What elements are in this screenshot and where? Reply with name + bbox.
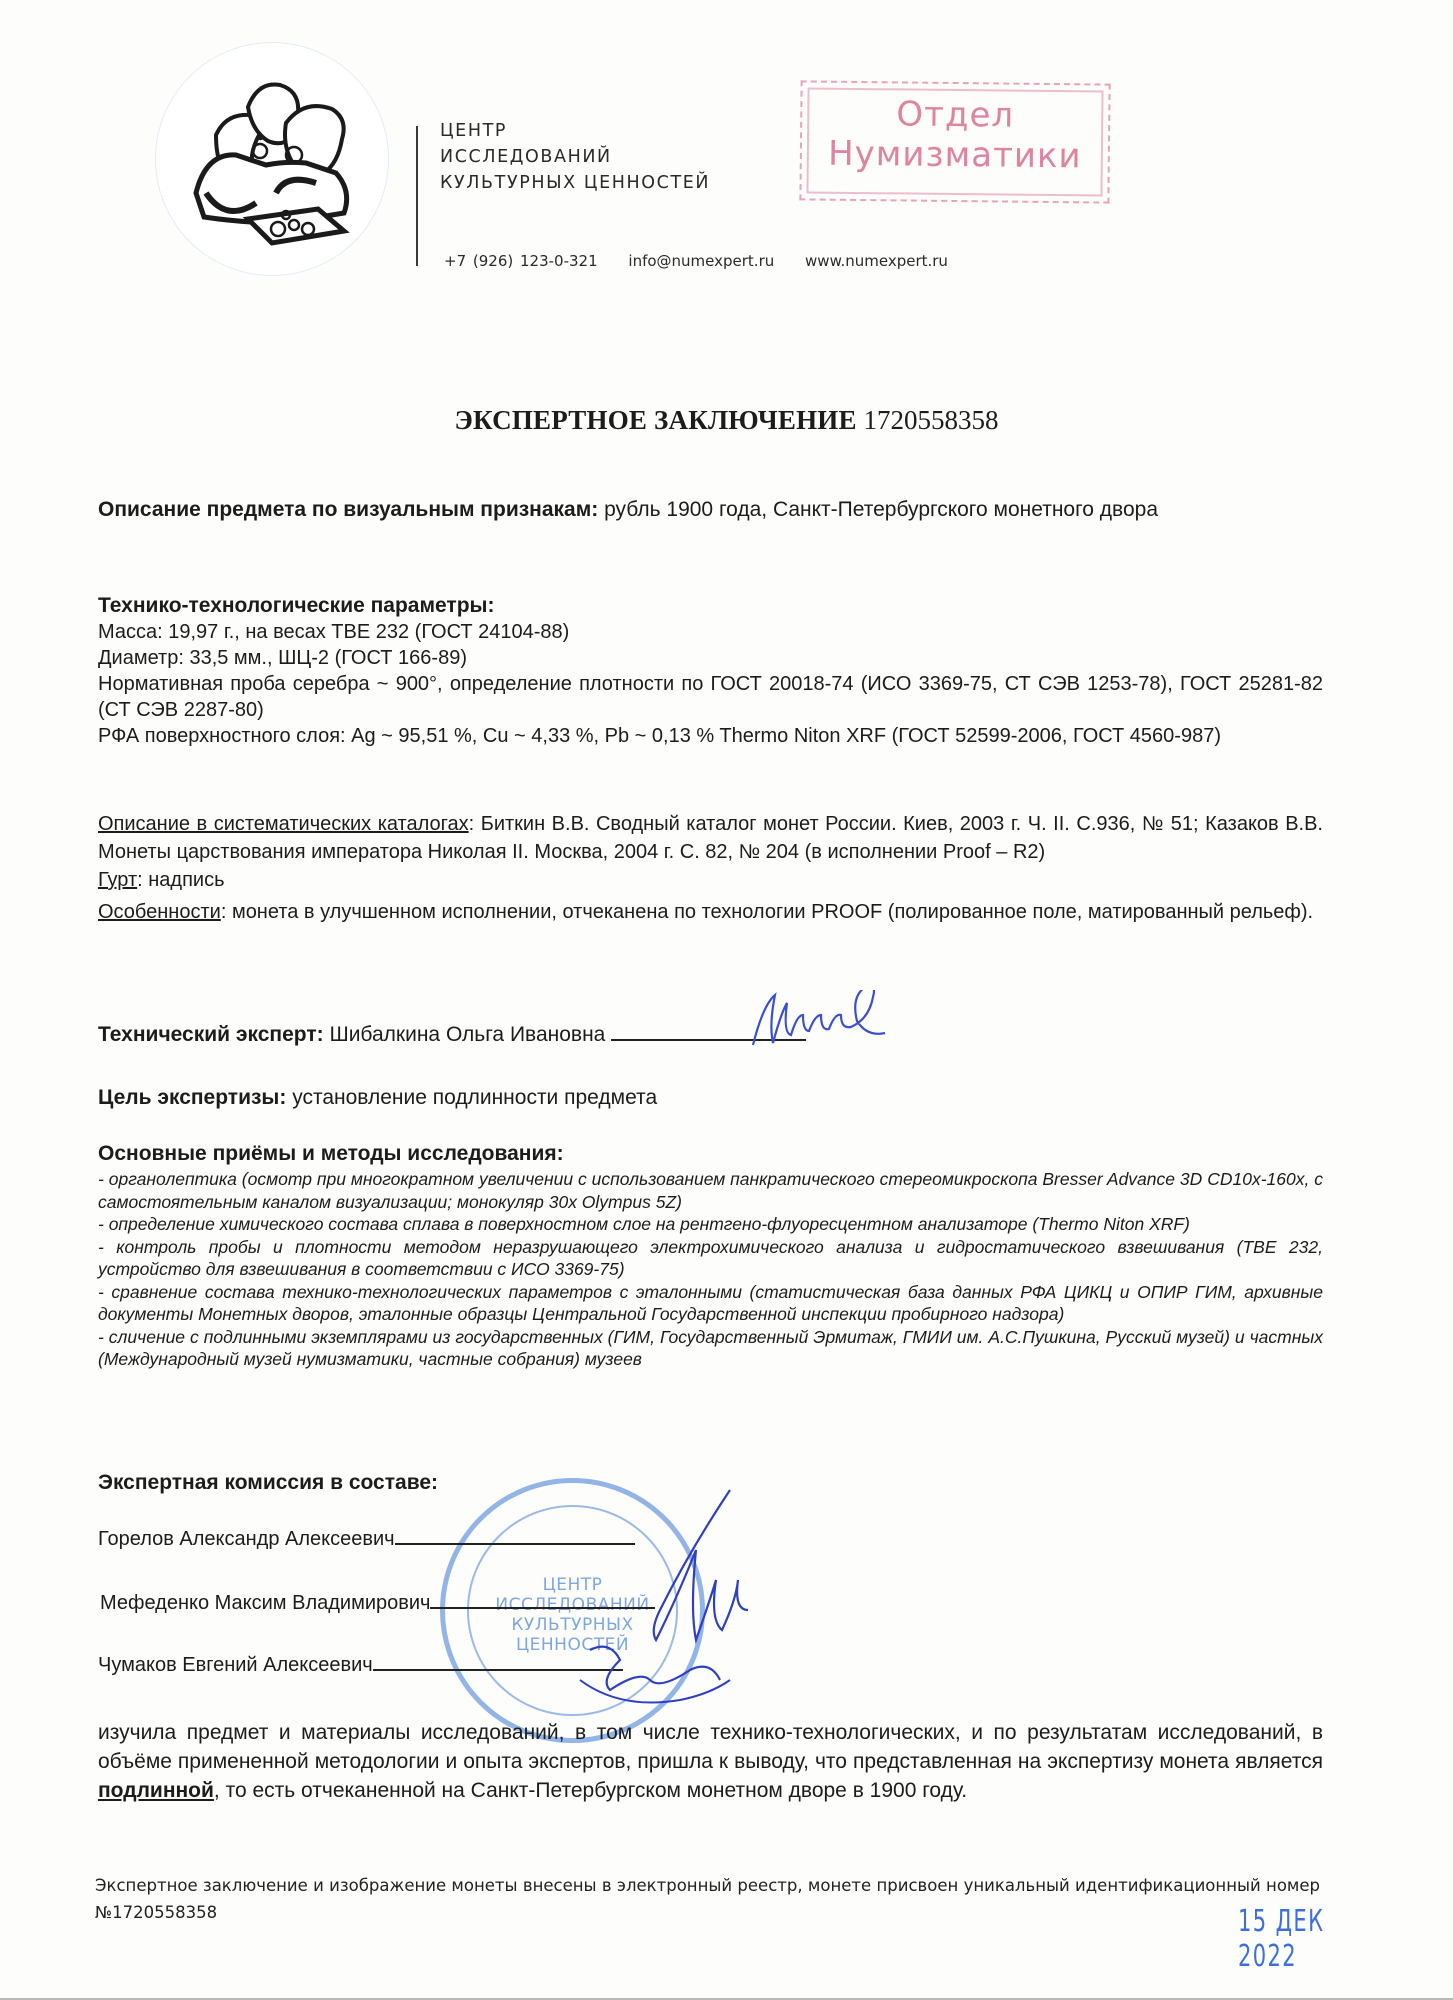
stamp-line: Отдел [809,93,1101,136]
catalogs-label: Описание в систематических каталогах [98,813,469,835]
registry-note-text: Экспертное заключение и изображение моне… [95,1876,1320,1922]
org-line: КУЛЬТУРНЫХ ЦЕННОСТЕЙ [440,170,710,196]
numismatists-logo-icon [156,43,388,275]
commission-heading-text: Экспертная комиссия в составе: [98,1471,438,1494]
logo [155,42,389,276]
member-name: Чумаков Евгений Алексеевич [98,1654,373,1676]
commission-member: Горелов Александр Алексеевич [98,1528,635,1551]
commission-signatures-icon [560,1480,760,1720]
website-link[interactable]: www.numexpert.ru [805,252,948,270]
contacts: +7 (926) 123-0-321 info@numexpert.ru www… [444,252,972,270]
org-line: ЦЕНТР [440,118,710,144]
catalog-section: Описание в систематических каталогах: Би… [98,810,1323,926]
edge-value: надпись [148,869,224,891]
features-label: Особенности [98,901,221,923]
document-title: ЭКСПЕРТНОЕ ЗАКЛЮЧЕНИЕ 1720558358 [0,405,1453,436]
methods-section: Основные приёмы и методы исследования: -… [98,1140,1323,1371]
registry-note: Экспертное заключение и изображение моне… [95,1872,1320,1926]
member-name: Мефеденко Максим Владимирович [100,1592,430,1614]
org-line: ИССЛЕДОВАНИЙ [440,144,710,170]
purpose-row: Цель экспертизы: установление подлинност… [98,1085,1323,1111]
description-label: Описание предмета по визуальным признака… [98,498,598,521]
methods-list: - органолептика (осмотр при многократном… [98,1168,1323,1371]
method-item: - органолептика (осмотр при многократном… [98,1168,1323,1213]
technical-expert-row: Технический эксперт: Шибалкина Ольга Ива… [98,1022,1323,1048]
catalogs-row: Описание в систематических каталогах: Би… [98,810,1323,866]
title-number: 1720558358 [863,405,998,435]
stamp-line: Нумизматики [809,133,1101,176]
tech-param-line: Диаметр: 33,5 мм., ШЦ-2 (ГОСТ 166-89) [98,645,1323,671]
date-stamp: 15 ДЕК 2022 [1238,1904,1389,1974]
tech-param-line: РФА поверхностного слоя: Ag ~ 95,51 %, C… [98,723,1323,749]
method-item: - определение химического состава сплава… [98,1213,1323,1236]
method-item: - контроль пробы и плотности методом нер… [98,1236,1323,1281]
tech-param-line: Масса: 19,97 г., на весах ТВЕ 232 (ГОСТ … [98,619,1323,645]
conclusion-text: изучила предмет и материалы исследований… [98,1718,1323,1805]
tech-params-heading: Технико-технологические параметры: [98,592,1323,619]
commission-member: Чумаков Евгений Алексеевич [98,1654,623,1677]
purpose-label: Цель экспертизы: [98,1086,286,1109]
authentic-emphasis: подлинной [98,1779,214,1802]
methods-heading: Основные приёмы и методы исследования: [98,1140,1323,1168]
department-stamp: Отдел Нумизматики [799,80,1110,203]
phone: +7 (926) 123-0-321 [444,252,598,270]
conclusion-part: изучила предмет и материалы исследований… [98,1721,1323,1773]
features-row: Особенности: монета в улучшенном исполне… [98,898,1323,926]
technical-expert-signature-icon [735,990,945,1060]
technical-expert-name: Шибалкина Ольга Ивановна [329,1023,605,1046]
tech-param-line: Нормативная проба серебра ~ 900°, опреде… [98,671,1323,723]
member-name: Горелов Александр Алексеевич [98,1528,395,1550]
edge-row: Гурт: надпись [98,866,1323,894]
title-label: ЭКСПЕРТНОЕ ЗАКЛЮЧЕНИЕ [455,405,857,435]
description-section: Описание предмета по визуальным признака… [98,495,1323,524]
organization-name: ЦЕНТР ИССЛЕДОВАНИЙ КУЛЬТУРНЫХ ЦЕННОСТЕЙ [440,118,710,196]
edge-label: Гурт [98,869,137,891]
description-value: рубль 1900 года, Санкт-Петербургского мо… [604,498,1158,521]
method-item: - сравнение состава технико-технологичес… [98,1281,1323,1326]
technical-expert-label: Технический эксперт: [98,1023,324,1046]
header-divider [416,126,418,266]
method-item: - сличение с подлинными экземплярами из … [98,1326,1323,1371]
email-link[interactable]: info@numexpert.ru [628,252,774,270]
features-value: монета в улучшенном исполнении, отчекане… [232,901,1313,923]
tech-params-section: Технико-технологические параметры: Масса… [98,592,1323,749]
purpose-value: установление подлинности предмета [292,1086,657,1109]
conclusion-part: , то есть отчеканенной на Санкт-Петербур… [214,1779,967,1802]
